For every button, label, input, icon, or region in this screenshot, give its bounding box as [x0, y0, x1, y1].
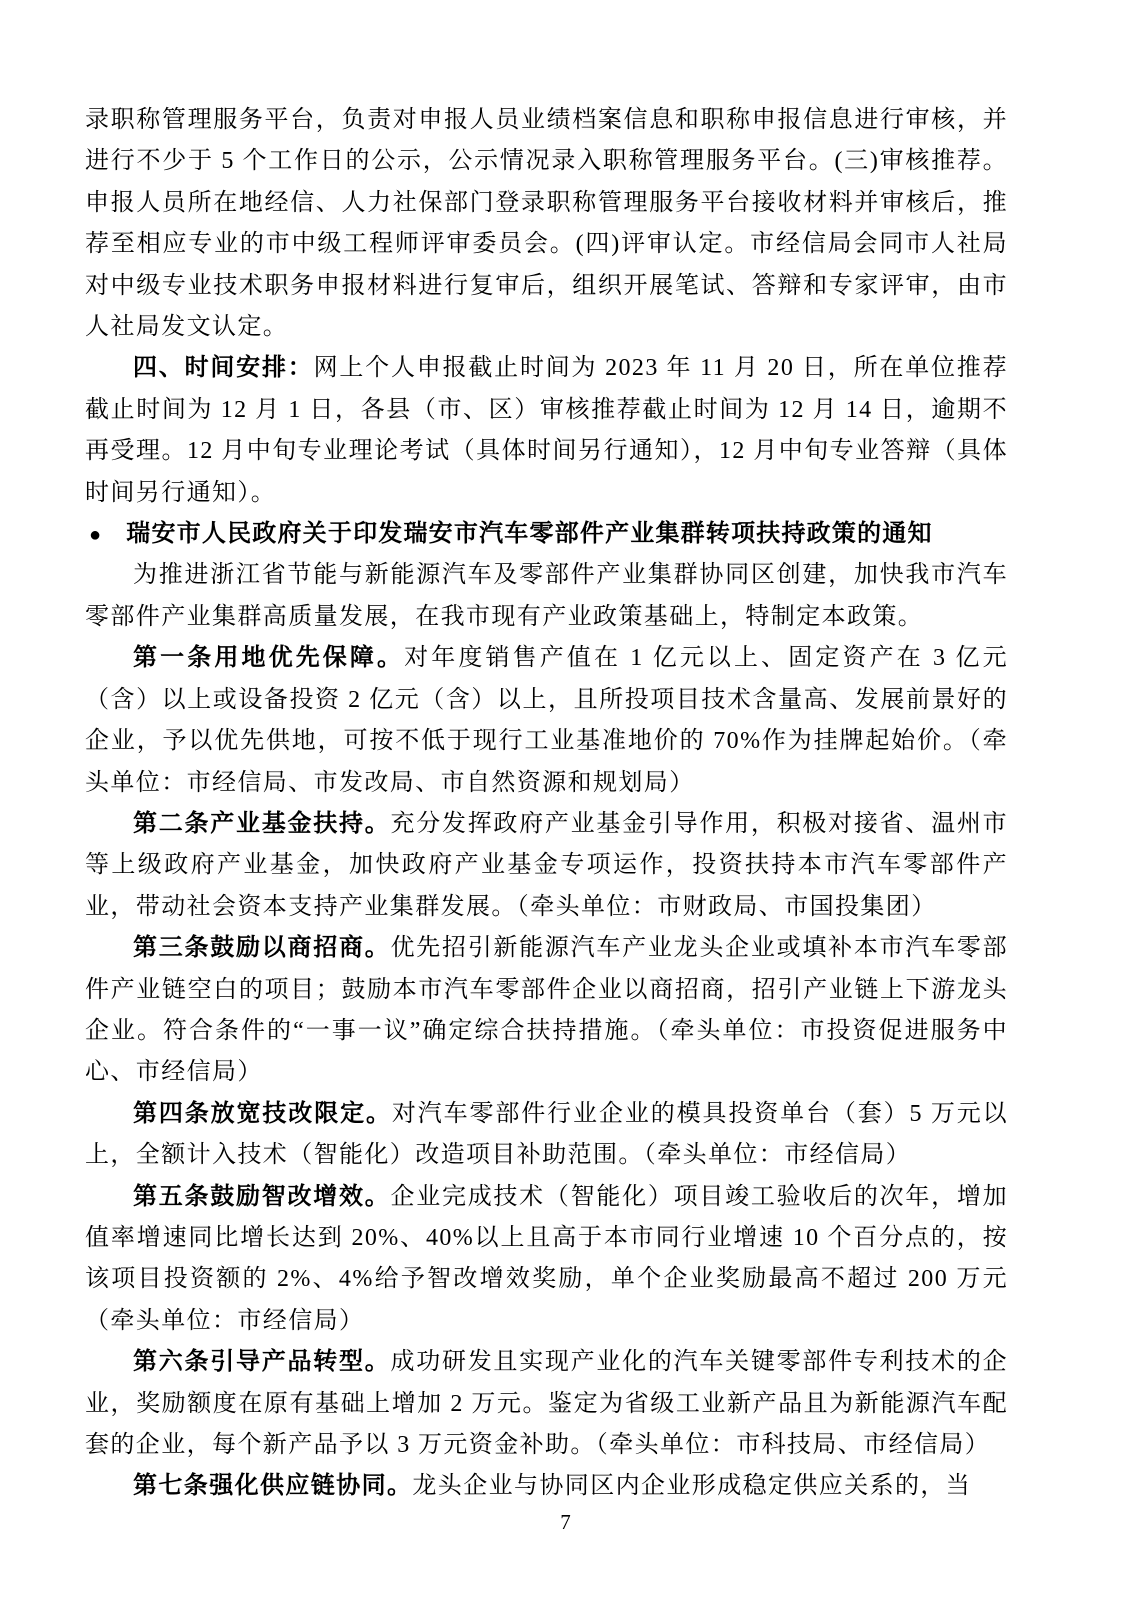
- para-article-3: 第三条鼓励以商招商。优先招引新能源汽车产业龙头企业或填补本市汽车零部件产业链空白…: [85, 928, 1008, 1094]
- para-article-7: 第七条强化供应链协同。龙头企业与协同区内企业形成稳定供应关系的，当: [85, 1466, 1008, 1507]
- article-lead: 第七条强化供应链协同。: [133, 1473, 412, 1499]
- para-continuation: 录职称管理服务平台，负责对申报人员业绩档案信息和职称申报信息进行审核，并进行不少…: [85, 100, 1008, 348]
- article-lead: 第二条产业基金扶持。: [133, 811, 390, 837]
- article-lead: 第六条引导产品转型。: [133, 1349, 390, 1375]
- paragraph-body: 录职称管理服务平台，负责对申报人员业绩档案信息和职称申报信息进行审核，并进行不少…: [85, 107, 1008, 340]
- para-article-5: 第五条鼓励智改增效。企业完成技术（智能化）项目竣工验收后的次年，增加值率增速同比…: [85, 1177, 1008, 1343]
- notice-bullet-item: ● 瑞安市人民政府关于印发瑞安市汽车零部件产业集群转项扶持政策的通知: [85, 514, 1008, 555]
- article-lead: 第一条用地优先保障。: [133, 645, 404, 671]
- article-lead: 第四条放宽技改限定。: [133, 1101, 392, 1127]
- paragraph-body: 龙头企业与协同区内企业形成稳定供应关系的，当: [412, 1473, 971, 1499]
- article-lead: 第三条鼓励以商招商。: [133, 935, 390, 961]
- document-body: 录职称管理服务平台，负责对申报人员业绩档案信息和职称申报信息进行审核，并进行不少…: [85, 100, 1008, 1508]
- para-time-schedule: 四、时间安排：网上个人申报截止时间为 2023 年 11 月 20 日，所在单位…: [85, 348, 1008, 514]
- article-lead: 第五条鼓励智改增效。: [133, 1184, 390, 1210]
- notice-title: 瑞安市人民政府关于印发瑞安市汽车零部件产业集群转项扶持政策的通知: [126, 514, 1008, 555]
- bullet-icon: ●: [89, 525, 102, 545]
- para-article-1: 第一条用地优先保障。对年度销售产值在 1 亿元以上、固定资产在 3 亿元（含）以…: [85, 638, 1008, 804]
- paragraph-body: 为推进浙江省节能与新能源汽车及零部件产业集群协同区创建，加快我市汽车零部件产业集…: [85, 562, 1008, 629]
- para-policy-intro: 为推进浙江省节能与新能源汽车及零部件产业集群协同区创建，加快我市汽车零部件产业集…: [85, 555, 1008, 638]
- article-lead: 四、时间安排：: [133, 355, 314, 381]
- para-article-6: 第六条引导产品转型。成功研发且实现产业化的汽车关键零部件专利技术的企业，奖励额度…: [85, 1342, 1008, 1466]
- para-article-4: 第四条放宽技改限定。对汽车零部件行业企业的模具投资单台（套）5 万元以上，全额计…: [85, 1094, 1008, 1177]
- document-page: 录职称管理服务平台，负责对申报人员业绩档案信息和职称申报信息进行审核，并进行不少…: [0, 0, 1131, 1612]
- page-number: 7: [0, 1510, 1131, 1535]
- para-article-2: 第二条产业基金扶持。充分发挥政府产业基金引导作用，积极对接省、温州市等上级政府产…: [85, 804, 1008, 928]
